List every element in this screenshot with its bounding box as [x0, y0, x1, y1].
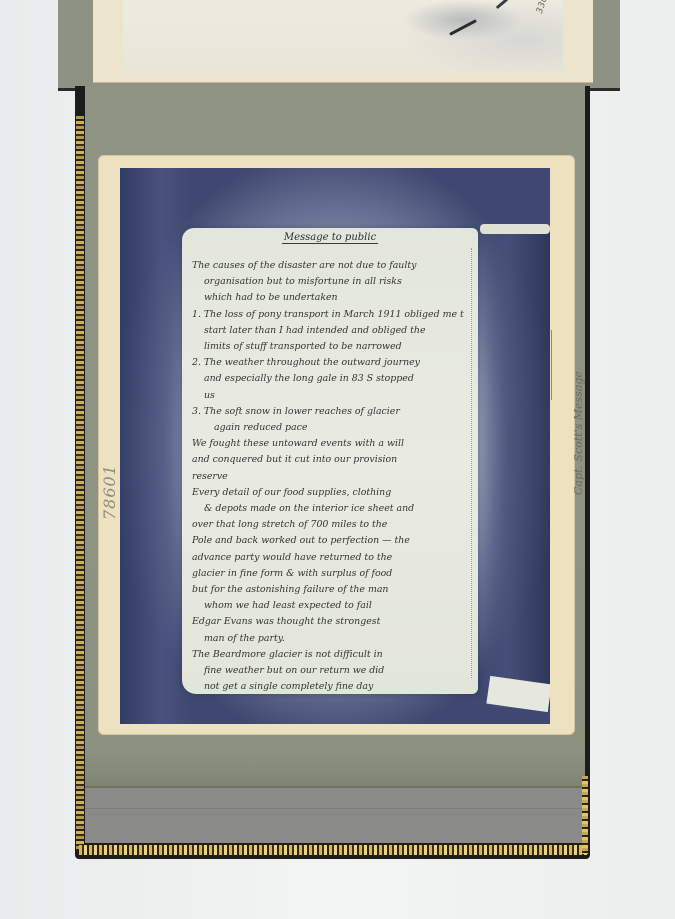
manuscript-line: not get a single completely fine day [192, 679, 464, 694]
manuscript-line: start later than I had intended and obli… [192, 323, 464, 339]
leaf-stub [85, 786, 585, 843]
manuscript-line: fine weather but on our return we did [192, 663, 464, 679]
manuscript-line: reserve [192, 469, 464, 485]
manuscript-line: & depots made on the interior ice sheet … [192, 501, 464, 517]
upper-photo-mount [93, 0, 593, 83]
gilt-tooling-bottom [79, 845, 587, 855]
glacier-photograph [123, 0, 563, 72]
manuscript-title: Message to public [182, 232, 478, 243]
manuscript-line: 1. The loss of pony transport in March 1… [192, 307, 464, 323]
vignette-left [120, 168, 190, 724]
manuscript-line: The causes of the disaster are not due t… [192, 258, 464, 274]
manuscript-page: Message to public The causes of the disa… [182, 228, 478, 694]
stub-crease [85, 808, 585, 809]
manuscript-line: 3. The soft snow in lower reaches of gla… [192, 404, 464, 420]
manuscript-line: We fought these untoward events with a w… [192, 436, 464, 452]
upper-album-leaf: 330. Glacier T. Scott [58, 0, 620, 91]
pencil-inventory-number: 78601 [100, 464, 119, 520]
crevasse-mark [496, 0, 509, 9]
manuscript-photograph: Message to public The causes of the disa… [120, 168, 550, 724]
manuscript-line: again reduced pace [192, 420, 464, 436]
manuscript-line: The Beardmore glacier is not difficult i… [192, 647, 464, 663]
manuscript-line: and especially the long gale in 83 S sto… [192, 371, 464, 387]
gilt-tooling-right [582, 776, 588, 854]
manuscript-line: Edgar Evans was thought the strongest [192, 614, 464, 630]
paper-tab-top [480, 224, 550, 234]
manuscript-line: whom we had least expected to fail [192, 598, 464, 614]
manuscript-line: 2. The weather throughout the outward jo… [192, 355, 464, 371]
perforated-edge [470, 248, 472, 678]
manuscript-line: limits of stuff transported to be narrow… [192, 339, 464, 355]
manuscript-line: which had to be undertaken [192, 290, 464, 306]
manuscript-line: us [192, 388, 464, 404]
manuscript-text: The causes of the disaster are not due t… [192, 258, 464, 694]
vignette-right [480, 228, 550, 708]
leaf-hinge-fold [85, 746, 585, 786]
gilt-tooling-left [76, 116, 84, 851]
pencil-rule [551, 330, 552, 400]
manuscript-line: organisation but to misfortune in all ri… [192, 274, 464, 290]
manuscript-line: man of the party. [192, 631, 464, 647]
manuscript-line: and conquered but it cut into our provis… [192, 452, 464, 468]
pencil-annotation: Capt. Scott's Message [572, 371, 585, 495]
manuscript-line: Every detail of our food supplies, cloth… [192, 485, 464, 501]
manuscript-line: Pole and back worked out to perfection —… [192, 533, 464, 549]
manuscript-line: over that long stretch of 700 miles to t… [192, 517, 464, 533]
manuscript-line: but for the astonishing failure of the m… [192, 582, 464, 598]
crevasse-mark [449, 19, 477, 36]
manuscript-line: glacier in fine form & with surplus of f… [192, 566, 464, 582]
manuscript-line: advance party would have returned to the [192, 550, 464, 566]
